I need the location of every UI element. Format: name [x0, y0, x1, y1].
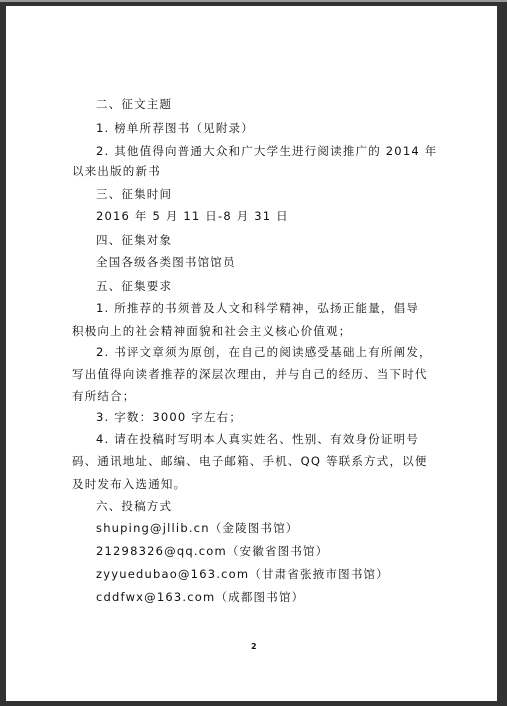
- viewer-top-edge: [0, 0, 507, 2]
- paragraph-line: 2016 年 5 月 11 日-8 月 31 日: [96, 209, 289, 223]
- paragraph-line: 4. 请在投稿时写明本人真实姓名、性别、有效身份证明号: [96, 432, 419, 446]
- paragraph-line: 3. 字数：3000 字左右；: [96, 410, 242, 424]
- paragraph-line: 2. 书评文章须为原创，在自己的阅读感受基础上有所阐发，: [96, 345, 432, 359]
- paragraph-line: 及时发布入选通知。: [72, 477, 186, 491]
- paragraph-line: 1. 榜单所荐图书（见附录）: [96, 121, 254, 135]
- paragraph-line: 写出值得向读者推荐的深层次理由，并与自己的经历、当下时代: [72, 367, 428, 381]
- section-heading-theme: 二、征文主题: [96, 97, 172, 111]
- page-number: 2: [251, 642, 257, 651]
- section-heading-time: 三、征集时间: [96, 187, 172, 201]
- contact-email: 21298326@qq.com（安徽省图书馆）: [96, 544, 328, 558]
- contact-email: zyyuedubao@163.com（甘肃省张掖市图书馆）: [96, 567, 389, 581]
- paragraph-line: 以来出版的新书: [72, 164, 161, 178]
- contact-email: shuping@jllib.cn（金陵图书馆）: [96, 521, 299, 535]
- paragraph-line: 有所结合；: [72, 389, 136, 403]
- section-heading-submission: 六、投稿方式: [96, 499, 172, 513]
- paragraph-line: 全国各级各类图书馆馆员: [96, 255, 236, 269]
- paragraph-line: 积极向上的社会精神面貌和社会主义核心价值观；: [72, 324, 351, 338]
- document-page: 二、征文主题 1. 榜单所荐图书（见附录） 2. 其他值得向普通大众和广大学生进…: [6, 6, 497, 701]
- paragraph-line: 2. 其他值得向普通大众和广大学生进行阅读推广的 2014 年: [96, 144, 437, 158]
- section-heading-target: 四、征集对象: [96, 233, 172, 247]
- paragraph-line: 1. 所推荐的书须普及人文和科学精神，弘扬正能量，倡导: [96, 301, 419, 315]
- section-heading-requirements: 五、征集要求: [96, 279, 172, 293]
- paragraph-line: 码、通讯地址、邮编、电子邮箱、手机、QQ 等联系方式，以便: [72, 454, 428, 468]
- contact-email: cddfwx@163.com（成都图书馆）: [96, 590, 304, 604]
